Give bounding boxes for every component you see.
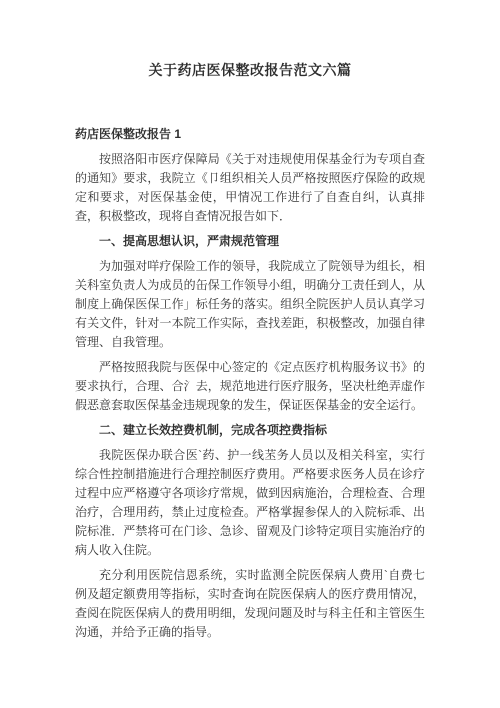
paragraph-information-system: 充分利用医院信恩系统，实时监测全院医保病人费用`自费七例及超定额费用等指标，实时… [75, 566, 425, 642]
paragraph-service-agreement: 严格按照我院与医保中心签定的《定点医疗机构服务议书》的要求执行，合理、合氵去，规… [75, 358, 425, 415]
document-page: 关于药店医保整改报告范文六篇 药店医保整改报告 1 按照洛阳市医疗保障局《关于对… [0, 0, 500, 708]
section-heading-1: 一、提高思想认识，严肃规范管理 [75, 232, 425, 251]
paragraph-cost-control: 我院医保办联合医`药、护一线苤务人员以及相关科室，实行综合性控制措施进行合理控制… [75, 446, 425, 560]
report-subtitle: 药店医保整改报告 1 [75, 125, 425, 142]
paragraph-leadership: 为加强对咩疗保险工作的领导，我院成立了院领导为组长，相关科室负责人为成员的缶保工… [75, 257, 425, 352]
paragraph-intro: 按照洛阳市医疗保障局《关于对违规使用保基金行为专项自查的通知》要求，我院立《卩组… [75, 150, 425, 226]
document-title: 关于药店医保整改报告范文六篇 [75, 60, 425, 80]
section-heading-2: 二、建立长效控费机制，完成各项控费指标 [75, 421, 425, 440]
